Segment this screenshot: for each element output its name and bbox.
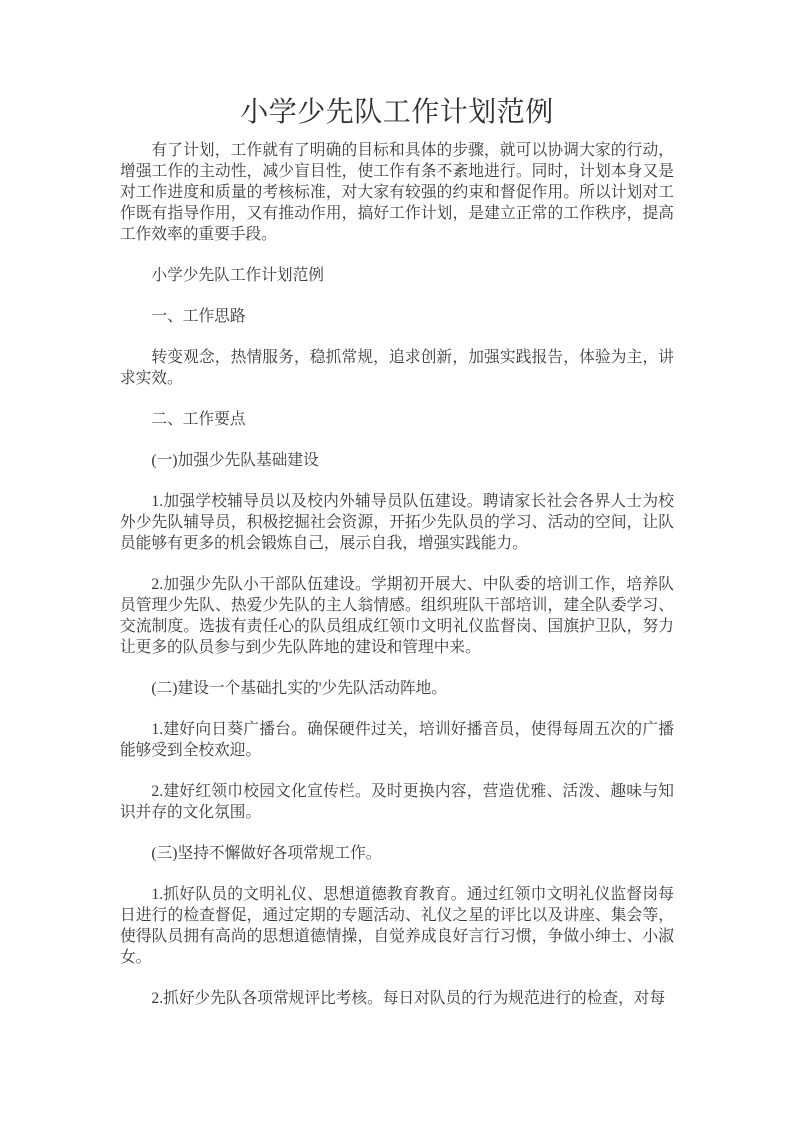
paragraph: 一、工作思路 — [120, 306, 674, 327]
document-page: 小学少先队工作计划范例 有了计划，工作就有了明确的目标和具体的步骤，就可以协调大… — [0, 0, 793, 1122]
paragraph: 2.建好红领巾校园文化宣传栏。及时更换内容，营造优雅、活泼、趣味与知识并存的文化… — [120, 781, 674, 823]
paragraph: 1.建好向日葵广播台。确保硬件过关，培训好播音员，使得每周五次的广播能够受到全校… — [120, 719, 674, 761]
paragraph: (一)加强少先队基础建设 — [120, 450, 674, 471]
document-title: 小学少先队工作计划范例 — [120, 96, 674, 130]
paragraph: 2.加强少先队小干部队伍建设。学期初开展大、中队委的培训工作，培养队员管理少先队… — [120, 574, 674, 658]
paragraph: 二、工作要点 — [120, 409, 674, 430]
paragraph: 转变观念，热情服务，稳抓常规，追求创新，加强实践报告，体验为主，讲求实效。 — [120, 347, 674, 389]
paragraph: 1.加强学校辅导员以及校内外辅导员队伍建设。聘请家长社会各界人士为校外少先队辅导… — [120, 491, 674, 554]
paragraph: 1.抓好队员的文明礼仪、思想道德教育教育。通过红领巾文明礼仪监督岗每日进行的检查… — [120, 884, 674, 968]
paragraph: 有了计划，工作就有了明确的目标和具体的步骤，就可以协调大家的行动，增强工作的主动… — [120, 140, 674, 245]
paragraph: (二)建设一个基础扎实的'少先队活动阵地。 — [120, 678, 674, 699]
paragraph: 2.抓好少先队各项常规评比考核。每日对队员的行为规范进行的检查，对每 — [120, 988, 674, 1009]
paragraph: (三)坚持不懈做好各项常规工作。 — [120, 843, 674, 864]
paragraph: 小学少先队工作计划范例 — [120, 265, 674, 286]
document-body: 有了计划，工作就有了明确的目标和具体的步骤，就可以协调大家的行动，增强工作的主动… — [120, 140, 674, 1009]
